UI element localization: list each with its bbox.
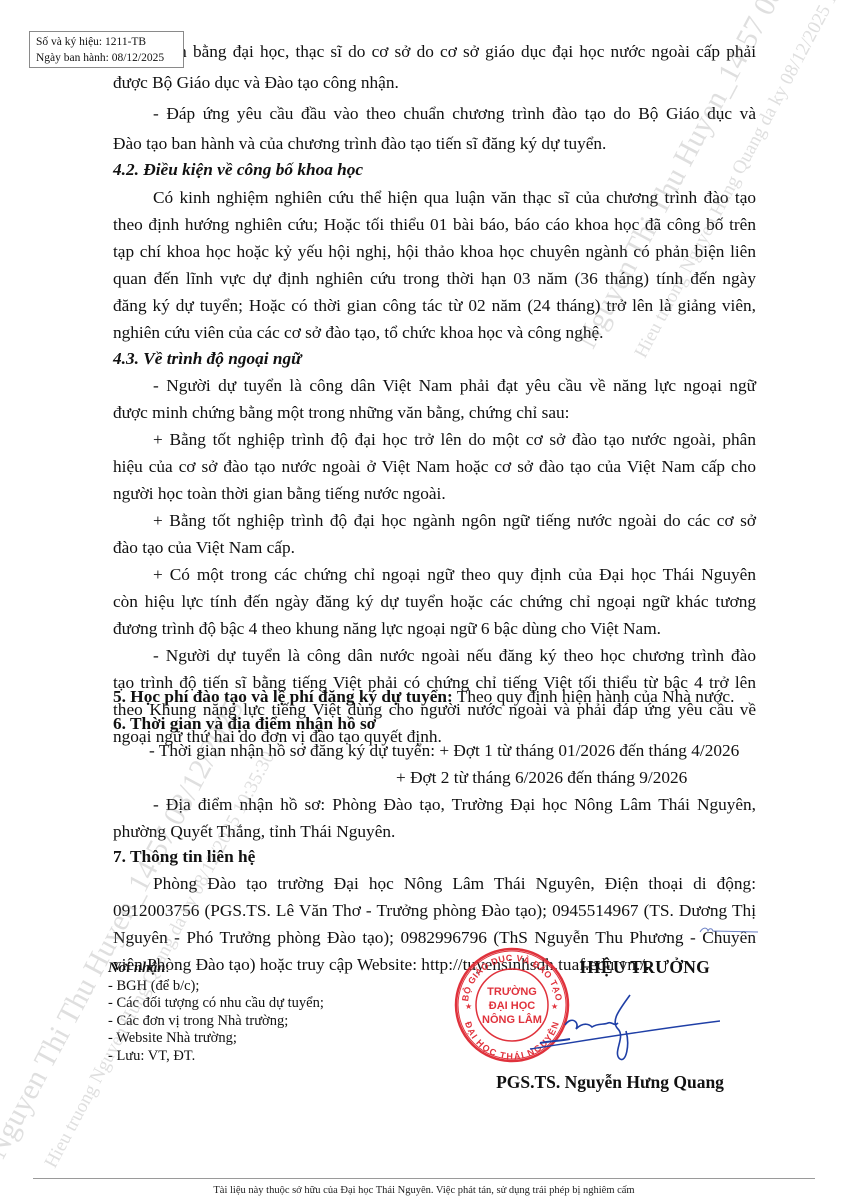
signer-role: HIỆU TRƯỞNG (520, 957, 770, 978)
section-heading-4-2: 4.2. Điều kiện về công bố khoa học (113, 158, 363, 182)
section-heading-7: 7. Thông tin liên hệ (113, 845, 255, 869)
recipient-item: - Website Nhà trường; (108, 1030, 324, 1048)
section-heading-4-3: 4.3. Về trình độ ngoại ngữ (113, 347, 302, 371)
paragraph-line: người học toàn thời gian bằng tiếng nước… (113, 482, 446, 506)
section-5-text: Theo quy định hiện hành của Nhà nước. (453, 687, 735, 706)
section-heading-5: 5. Học phí đào tạo và lệ phí đăng ký dự … (113, 685, 734, 709)
document-number-stamp: Số và ký hiệu: 1211-TB Ngày ban hành: 08… (29, 31, 184, 68)
paragraph-line: đương trình độ bậc 4 theo khung năng lực… (113, 617, 661, 641)
paragraph-line: Phòng Đào tạo trường Đại học Nông Lâm Th… (113, 872, 756, 896)
paragraph-line: - Địa điểm nhận hồ sơ: Phòng Đào tạo, Tr… (113, 793, 756, 817)
section-5-title: 5. Học phí đào tạo và lệ phí đăng ký dự … (113, 687, 453, 706)
paragraph-line: Văn bằng đại học, thạc sĩ do cơ sở do cơ… (158, 40, 756, 64)
recipient-item: - Các đối tượng có nhu cầu dự tuyển; (108, 995, 324, 1013)
svg-text:★: ★ (465, 1002, 472, 1011)
paragraph-line: Có kinh nghiệm nghiên cứu thể hiện qua l… (113, 186, 756, 210)
paragraph-line: còn hiệu lực tính đến ngày đăng ký dự tu… (113, 590, 756, 614)
paragraph-line: Đào tạo ban hành và của chương trình đào… (113, 132, 606, 156)
handwritten-signature-icon (480, 985, 720, 1065)
paragraph-line: Nguyên - Phó Trưởng phòng Đào tạo); 0982… (113, 926, 756, 950)
paragraph-line: đào tạo của Việt Nam cấp. (113, 536, 295, 560)
document-page: Nguyen Thi Thu Huyen_14:57 08/12/2025 Hi… (0, 0, 848, 1200)
paragraph-line: được Bộ Giáo dục và Đào tạo công nhận. (113, 71, 399, 95)
paragraph-line: phường Quyết Thắng, tỉnh Thái Nguyên. (113, 820, 395, 844)
recipients-title: Nơi nhận (108, 960, 165, 976)
paragraph-line: + Bằng tốt nghiệp trình độ đại học ngành… (113, 509, 756, 533)
paragraph-line: + Bằng tốt nghiệp trình độ đại học trở l… (113, 428, 756, 452)
section-heading-6: 6. Thời gian và địa điểm nhận hồ sơ (113, 712, 376, 736)
signer-name: PGS.TS. Nguyễn Hưng Quang (460, 1072, 760, 1093)
paragraph-line: - Người dự tuyển là công dân nước ngoài … (113, 644, 756, 668)
initial-mark-icon (698, 926, 760, 936)
recipient-item: - Các đơn vị trong Nhà trường; (108, 1013, 324, 1031)
paragraph-line: + Đợt 2 từ tháng 6/2026 đến tháng 9/2026 (396, 766, 687, 790)
paragraph-line: đăng ký dự tuyển; Hoặc có thời gian công… (113, 294, 756, 318)
document-number: Số và ký hiệu: 1211-TB (36, 34, 183, 50)
paragraph-line: được minh chứng bằng một trong những văn… (113, 401, 569, 425)
recipients-block: Nơi nhận: - BGH (để b/c); - Các đối tượn… (108, 960, 324, 1065)
recipients-title-colon: : (165, 960, 169, 976)
paragraph-line: 0912003756 (PGS.TS. Lê Văn Thơ - Trưởng … (113, 899, 756, 923)
footer-divider (33, 1178, 815, 1179)
paragraph-line: tạp chí khoa học hoặc kỷ yếu hội nghị, h… (113, 240, 756, 264)
paragraph-line: hiệu của cơ sở đào tạo nước ngoài ở Việt… (113, 455, 756, 479)
recipient-item: - BGH (để b/c); (108, 978, 324, 996)
paragraph-line: theo định hướng nghiên cứu; Hoặc tối thi… (113, 213, 756, 237)
paragraph-line: quan đến lĩnh vực dự định nghiên cứu tro… (113, 267, 756, 291)
paragraph-line: - Đáp ứng yêu cầu đầu vào theo chuẩn chư… (113, 102, 756, 126)
footer-notice: Tài liệu này thuộc sở hữu của Đại học Th… (0, 1185, 848, 1196)
paragraph-line: - Người dự tuyển là công dân Việt Nam ph… (113, 374, 756, 398)
recipient-item: - Lưu: VT, ĐT. (108, 1048, 324, 1066)
paragraph-line: nghiên cứu viên của các cơ sở đào tạo, t… (113, 321, 603, 345)
issue-date: Ngày ban hành: 08/12/2025 (36, 50, 183, 66)
paragraph-line: + Có một trong các chứng chỉ ngoại ngữ t… (113, 563, 756, 587)
paragraph-line: - Thời gian nhận hồ sơ đăng ký dự tuyển:… (149, 739, 739, 763)
